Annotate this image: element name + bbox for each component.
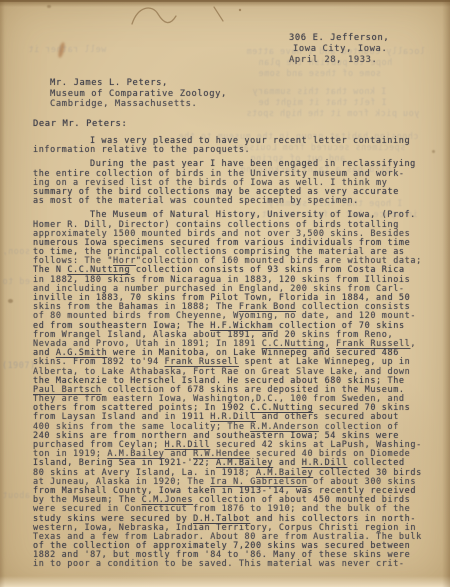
bleedthrough-text: you pick from it the high spots <box>246 108 419 118</box>
recipient-line: Cambridge, Massachusetts. <box>50 99 227 110</box>
letter-body: I was very pleased to have your recent l… <box>33 137 429 575</box>
letter-line: information relative to the paroquets. <box>33 146 429 155</box>
paragraph: I was very pleased to have your recent l… <box>33 137 429 155</box>
text-segment: in to poor a condition to be saved. This… <box>33 559 405 569</box>
ink-spot <box>8 299 13 303</box>
sender-address-block: 306 E. Jefferson,Iowa City, Iowa.April 2… <box>289 33 389 66</box>
sender-line: Iowa City, Iowa. <box>289 44 389 55</box>
bleedthrough-text: about <box>2 490 30 500</box>
letter-page: well rather itlocally counted and I have… <box>0 0 450 587</box>
text-segment: as most of the material was counted spec… <box>33 196 359 206</box>
text-segment: , <box>410 339 416 349</box>
bleedthrough-text: some of these and some <box>258 68 381 78</box>
bleedthrough-text: (1907) <box>2 360 36 370</box>
recipient-line: Museum of Comparative Zoology, <box>50 89 227 100</box>
scan-edge-bottom <box>0 576 450 587</box>
scan-edge-right <box>442 0 450 587</box>
salutation: Dear Mr. Peters: <box>33 119 127 129</box>
text-segment: information relative to the paroquets. <box>33 145 250 155</box>
bleedthrough-text: I felt that it might be <box>258 97 387 107</box>
bleedthrough-text: I know that this summary <box>252 86 386 96</box>
pencil-mark <box>118 0 268 30</box>
paragraph: The Museum of Natural History, Universit… <box>33 211 429 569</box>
paragraph: During the past year I have been engaged… <box>33 160 429 206</box>
bleedthrough-text: ed to <box>2 276 30 286</box>
sender-line: 306 E. Jefferson, <box>289 33 389 44</box>
bleedthrough-text: well rather it <box>28 44 106 54</box>
rust-stain <box>57 42 66 59</box>
sender-line: April 28, 1933. <box>289 55 389 66</box>
scan-edge-left <box>0 0 5 587</box>
recipient-address-block: Mr. James L. Peters,Museum of Comparativ… <box>50 78 227 110</box>
bleedthrough-text: soon, <box>2 246 30 256</box>
letter-line: in to poor a condition to be saved. This… <box>33 560 429 569</box>
ink-spot <box>432 150 435 153</box>
ink-spot <box>47 5 51 8</box>
recipient-line: Mr. James L. Peters, <box>50 78 227 89</box>
letter-line: as most of the material was counted spec… <box>33 197 429 206</box>
